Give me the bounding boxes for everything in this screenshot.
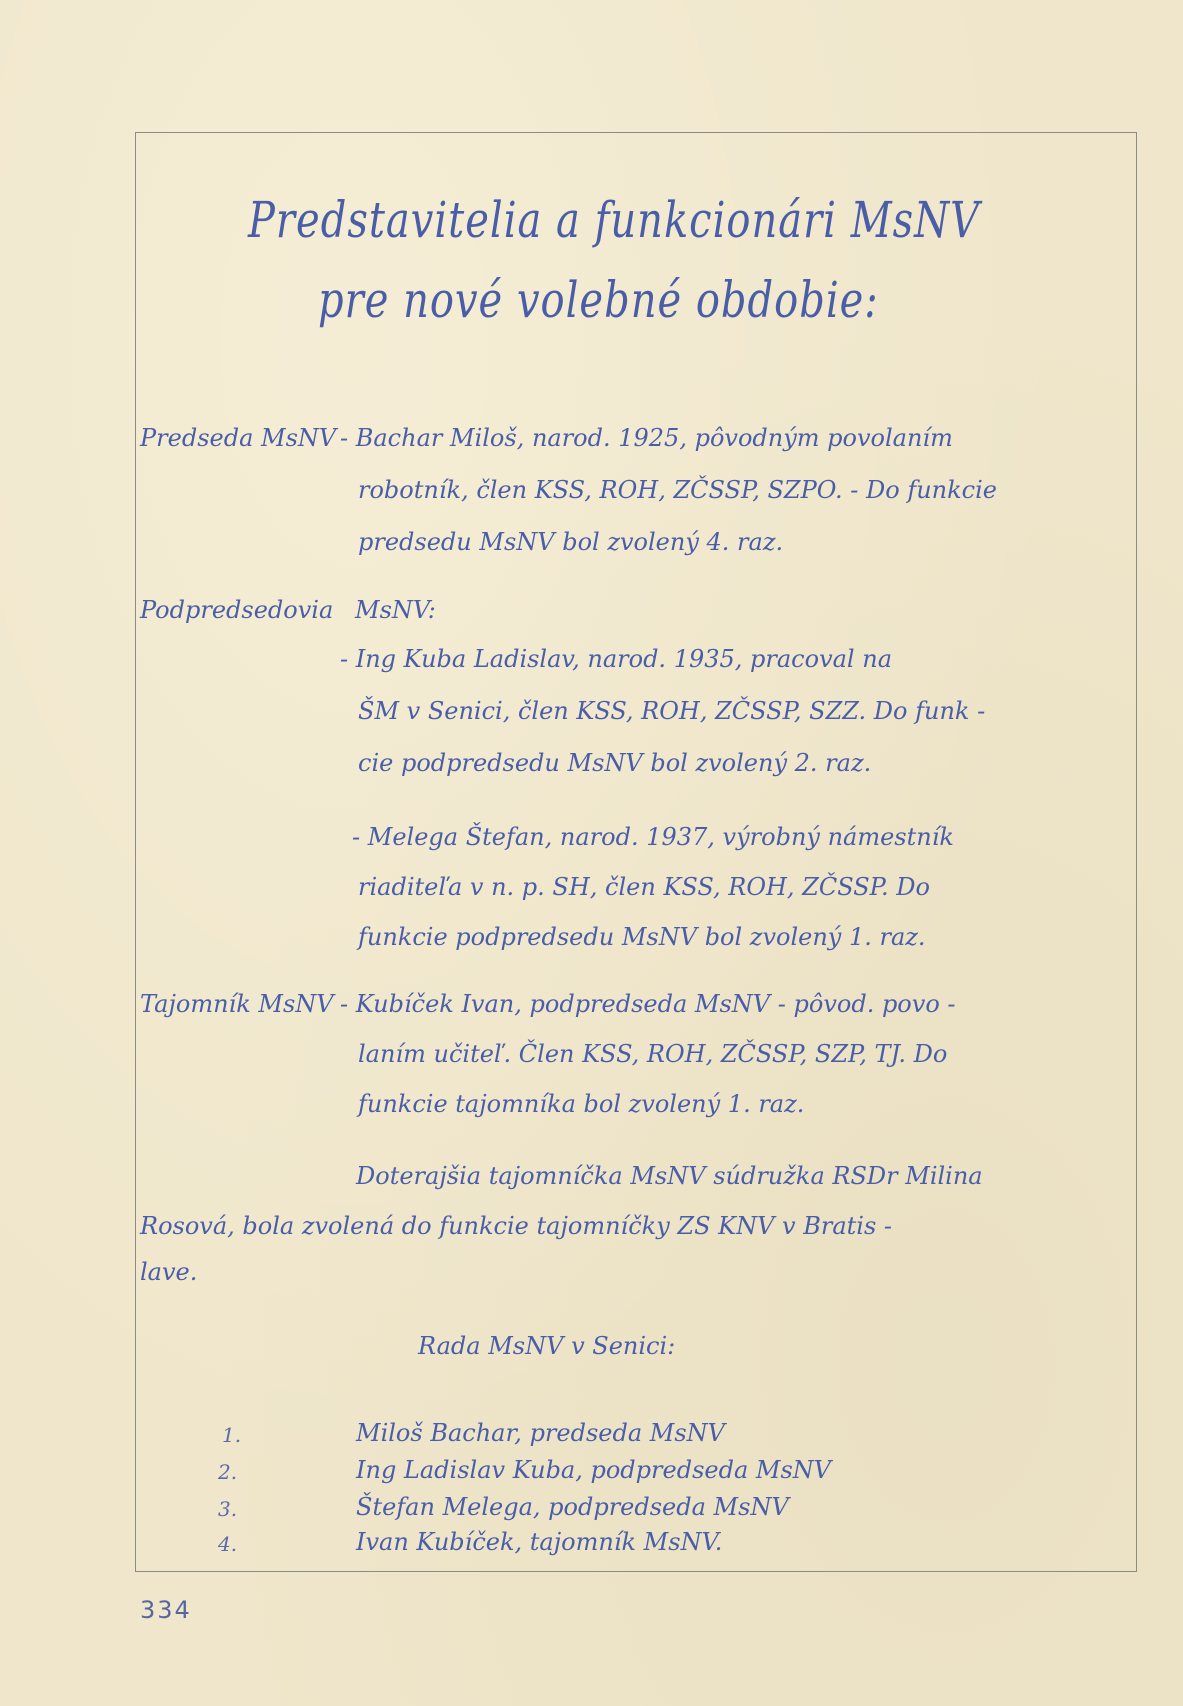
podpredsedovia-label-suffix: MsNV: bbox=[355, 596, 436, 624]
rada-member-number: 3. bbox=[218, 1497, 237, 1521]
page-title-line-2: pre nové volebné obdobie: bbox=[318, 272, 879, 330]
page-number: 334 bbox=[140, 1596, 192, 1624]
predseda-line: predsedu MsNV bol zvolený 4. raz. bbox=[358, 528, 783, 556]
tajomnik-line: - Kubíček Ivan, podpredseda MsNV - pôvod… bbox=[340, 990, 956, 1018]
rada-member-number: 4. bbox=[218, 1532, 237, 1556]
tajomnik-label: Tajomník MsNV bbox=[140, 990, 334, 1018]
podpredseda-2-line: - Melega Štefan, narod. 1937, výrobný ná… bbox=[352, 823, 954, 851]
podpredseda-1-line: - Ing Kuba Ladislav, narod. 1935, pracov… bbox=[340, 645, 892, 673]
podpredseda-2-line: funkcie podpredsedu MsNV bol zvolený 1. … bbox=[358, 923, 926, 951]
tajomnik-line: funkcie tajomníka bol zvolený 1. raz. bbox=[358, 1090, 804, 1118]
note-line: Rosová, bola zvolená do funkcie tajomníč… bbox=[140, 1212, 892, 1240]
rada-member: Ivan Kubíček, tajomník MsNV. bbox=[356, 1528, 722, 1556]
note-line: lave. bbox=[140, 1258, 197, 1286]
predseda-label: Predseda MsNV bbox=[140, 424, 336, 452]
rada-member: Ing Ladislav Kuba, podpredseda MsNV bbox=[356, 1456, 831, 1484]
rada-member: Miloš Bachar, predseda MsNV bbox=[356, 1419, 725, 1447]
podpredseda-2-line: riaditeľa v n. p. SH, člen KSS, ROH, ZČS… bbox=[358, 873, 930, 901]
tajomnik-line: laním učiteľ. Člen KSS, ROH, ZČSSP, SZP,… bbox=[358, 1040, 947, 1068]
note-line: Doterajšia tajomníčka MsNV súdružka RSDr… bbox=[356, 1162, 983, 1190]
podpredseda-1-line: cie podpredsedu MsNV bol zvolený 2. raz. bbox=[358, 749, 871, 777]
page-title-line-1: Predstavitelia a funkcionári MsNV bbox=[248, 192, 980, 250]
rada-member-number: 2. bbox=[218, 1460, 237, 1484]
podpredsedovia-label: Podpredsedovia bbox=[140, 596, 333, 624]
rada-heading: Rada MsNV v Senici: bbox=[418, 1332, 675, 1360]
rada-member: Štefan Melega, podpredseda MsNV bbox=[356, 1493, 789, 1521]
rada-member-number: 1. bbox=[222, 1423, 241, 1447]
predseda-line: robotník, člen KSS, ROH, ZČSSP, SZPO. - … bbox=[358, 476, 997, 504]
predseda-line: - Bachar Miloš, narod. 1925, pôvodným po… bbox=[340, 424, 953, 452]
podpredseda-1-line: ŠM v Senici, člen KSS, ROH, ZČSSP, SZZ. … bbox=[358, 697, 985, 725]
